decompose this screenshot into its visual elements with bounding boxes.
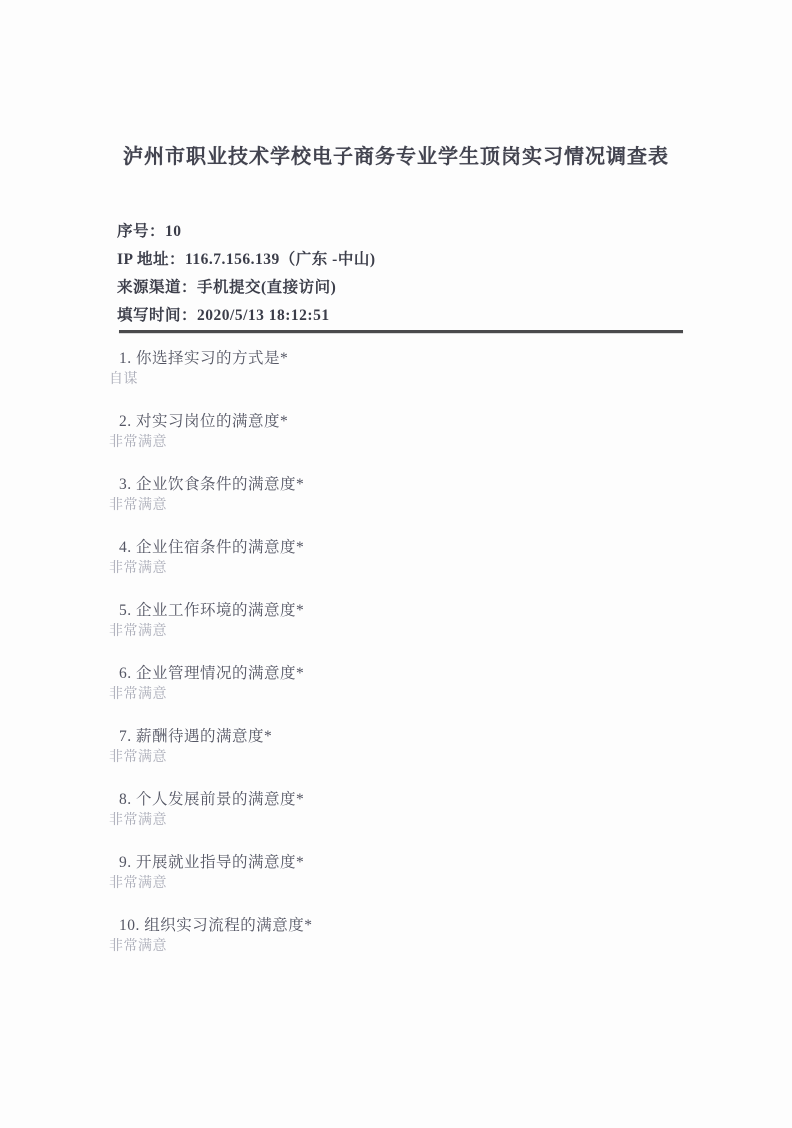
question-answer: 非常满意 (109, 623, 709, 641)
question-answer: 非常满意 (109, 560, 709, 578)
meta-label: IP 地址： (117, 251, 185, 268)
meta-row-ip: IP 地址：116.7.156.139（广东 -中山) (117, 246, 376, 274)
question-block: 8. 个人发展前景的满意度* 非常满意 (109, 789, 709, 830)
question-label: 10. 组织实习流程的满意度* (119, 915, 709, 936)
question-block: 1. 你选择实习的方式是* 自谋 (109, 348, 709, 389)
question-block: 5. 企业工作环境的满意度* 非常满意 (109, 600, 709, 641)
scanned-survey-page: 泸州市职业技术学校电子商务专业学生顶岗实习情况调查表 序号：10 IP 地址：1… (0, 0, 792, 1128)
meta-block: 序号：10 IP 地址：116.7.156.139（广东 -中山) 来源渠道：手… (117, 218, 376, 330)
question-answer: 非常满意 (109, 938, 709, 956)
meta-value: 10 (165, 223, 182, 240)
meta-value: 2020/5/13 18:12:51 (197, 307, 330, 324)
question-label: 4. 企业住宿条件的满意度* (119, 537, 709, 558)
question-label: 3. 企业饮食条件的满意度* (119, 474, 709, 495)
question-answer: 非常满意 (109, 812, 709, 830)
question-answer: 非常满意 (109, 875, 709, 893)
question-block: 6. 企业管理情况的满意度* 非常满意 (109, 663, 709, 704)
meta-row-source: 来源渠道：手机提交(直接访问) (117, 274, 376, 302)
question-answer: 非常满意 (109, 497, 709, 515)
question-answer: 非常满意 (109, 434, 709, 452)
question-answer: 非常满意 (109, 686, 709, 704)
meta-value: 手机提交(直接访问) (197, 279, 336, 296)
meta-label: 序号： (117, 223, 165, 240)
question-block: 10. 组织实习流程的满意度* 非常满意 (109, 915, 709, 956)
question-label: 6. 企业管理情况的满意度* (119, 663, 709, 684)
question-block: 4. 企业住宿条件的满意度* 非常满意 (109, 537, 709, 578)
question-block: 2. 对实习岗位的满意度* 非常满意 (109, 411, 709, 452)
question-label: 9. 开展就业指导的满意度* (119, 852, 709, 873)
meta-value: 116.7.156.139（广东 -中山) (185, 251, 375, 268)
question-block: 3. 企业饮食条件的满意度* 非常满意 (109, 474, 709, 515)
meta-row-serial: 序号：10 (117, 218, 376, 246)
meta-row-time: 填写时间：2020/5/13 18:12:51 (117, 302, 376, 330)
question-label: 1. 你选择实习的方式是* (119, 348, 709, 369)
question-label: 5. 企业工作环境的满意度* (119, 600, 709, 621)
question-list: 1. 你选择实习的方式是* 自谋 2. 对实习岗位的满意度* 非常满意 3. 企… (109, 348, 709, 978)
question-label: 8. 个人发展前景的满意度* (119, 789, 709, 810)
meta-label: 填写时间： (117, 307, 197, 324)
section-divider (119, 330, 683, 333)
question-block: 9. 开展就业指导的满意度* 非常满意 (109, 852, 709, 893)
question-label: 7. 薪酬待遇的满意度* (119, 726, 709, 747)
meta-label: 来源渠道： (117, 279, 197, 296)
question-label: 2. 对实习岗位的满意度* (119, 411, 709, 432)
question-block: 7. 薪酬待遇的满意度* 非常满意 (109, 726, 709, 767)
question-answer: 非常满意 (109, 749, 709, 767)
document-title: 泸州市职业技术学校电子商务专业学生顶岗实习情况调查表 (0, 140, 792, 169)
question-answer: 自谋 (109, 371, 709, 389)
